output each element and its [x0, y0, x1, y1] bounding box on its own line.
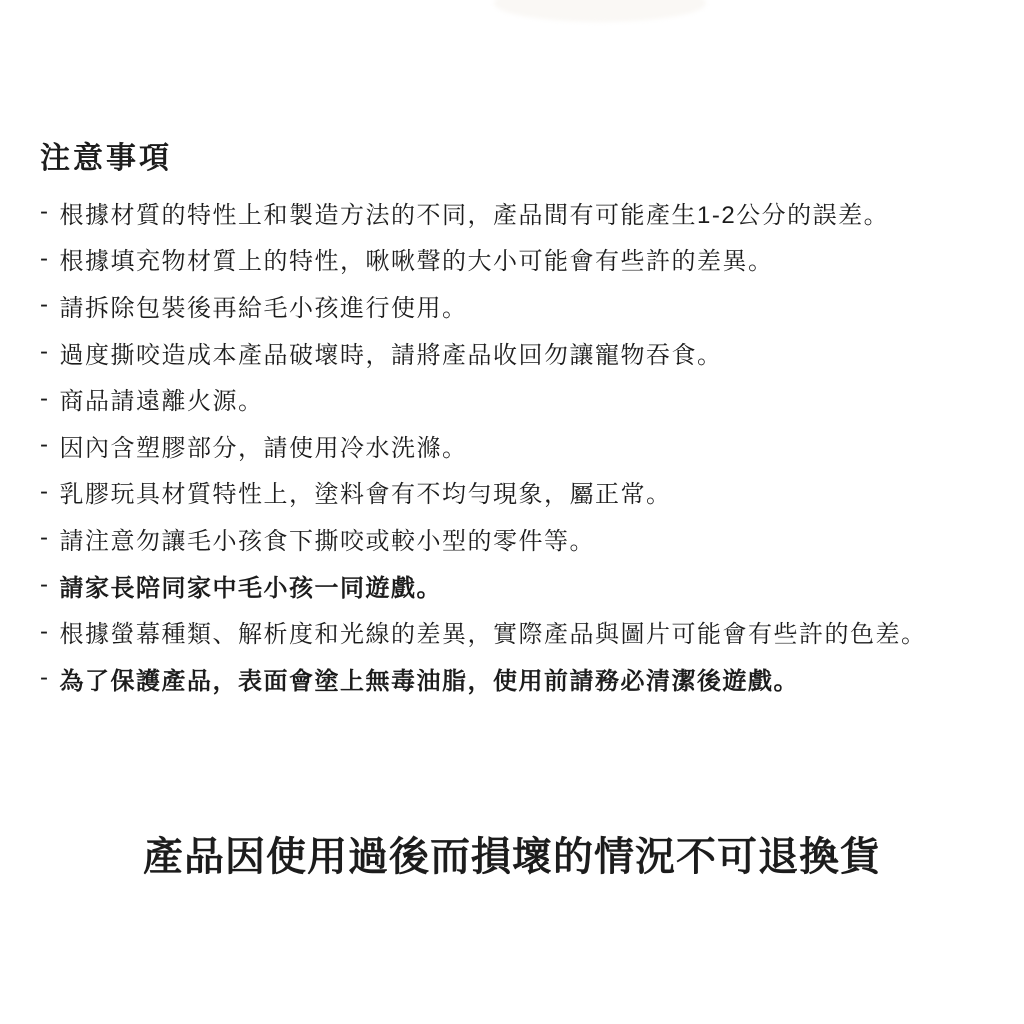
notice-text: 過度撕咬造成本產品破壞時，請將產品收回勿讓寵物吞食。: [60, 335, 723, 370]
notice-item: - 根據填充物材質上的特性，啾啾聲的大小可能會有些許的差異。: [40, 236, 1004, 283]
bullet-dash: -: [40, 338, 50, 366]
notice-text: 根據材質的特性上和製造方法的不同，產品間有可能產生1-2公分的誤差。: [60, 195, 890, 230]
notice-page: 注意事項 - 根據材質的特性上和製造方法的不同，產品間有可能產生1-2公分的誤差…: [0, 0, 1024, 1024]
notice-item: - 為了保護產品，表面會塗上無毒油脂，使用前請務必清潔後遊戲。: [40, 655, 1004, 702]
notice-item: - 請注意勿讓毛小孩食下撕咬或較小型的零件等。: [40, 515, 1004, 562]
notice-text: 因內含塑膠部分，請使用冷水洗滌。: [60, 428, 468, 463]
bullet-dash: -: [40, 198, 50, 226]
notice-item: - 根據螢幕種類、解析度和光線的差異，實際產品與圖片可能會有些許的色差。: [40, 608, 1004, 655]
notice-text: 根據螢幕種類、解析度和光線的差異，實際產品與圖片可能會有些許的色差。: [60, 614, 927, 649]
bullet-dash: -: [40, 245, 50, 273]
notice-list: - 根據材質的特性上和製造方法的不同，產品間有可能產生1-2公分的誤差。 - 根…: [40, 189, 1004, 702]
top-image-remnant: [494, 0, 706, 22]
notice-item: - 商品請遠離火源。: [40, 375, 1004, 422]
notice-text: 乳膠玩具材質特性上，塗料會有不均勻現象，屬正常。: [60, 474, 672, 509]
bullet-dash: -: [40, 291, 50, 319]
notice-text: 請家長陪同家中毛小孩一同遊戲。: [60, 568, 443, 603]
notice-text: 請拆除包裝後再給毛小孩進行使用。: [60, 288, 468, 323]
notice-item: - 請拆除包裝後再給毛小孩進行使用。: [40, 282, 1004, 329]
no-return-notice: 產品因使用過後而損壞的情況不可退換貨: [0, 831, 1024, 883]
notice-text: 商品請遠離火源。: [60, 381, 264, 416]
bullet-dash: -: [40, 571, 50, 599]
notice-text: 根據填充物材質上的特性，啾啾聲的大小可能會有些許的差異。: [60, 241, 774, 276]
notice-item: - 根據材質的特性上和製造方法的不同，產品間有可能產生1-2公分的誤差。: [40, 189, 1004, 236]
bullet-dash: -: [40, 618, 50, 646]
page-title: 注意事項: [40, 141, 172, 177]
bullet-dash: -: [40, 431, 50, 459]
bullet-dash: -: [40, 664, 50, 692]
bullet-dash: -: [40, 524, 50, 552]
notice-text: 請注意勿讓毛小孩食下撕咬或較小型的零件等。: [60, 521, 596, 556]
bullet-dash: -: [40, 385, 50, 413]
notice-text: 為了保護產品，表面會塗上無毒油脂，使用前請務必清潔後遊戲。: [60, 661, 800, 696]
bullet-dash: -: [40, 478, 50, 506]
notice-item: - 乳膠玩具材質特性上，塗料會有不均勻現象，屬正常。: [40, 469, 1004, 516]
notice-item: - 過度撕咬造成本產品破壞時，請將產品收回勿讓寵物吞食。: [40, 329, 1004, 376]
notice-item: - 因內含塑膠部分，請使用冷水洗滌。: [40, 422, 1004, 469]
notice-item: - 請家長陪同家中毛小孩一同遊戲。: [40, 562, 1004, 609]
